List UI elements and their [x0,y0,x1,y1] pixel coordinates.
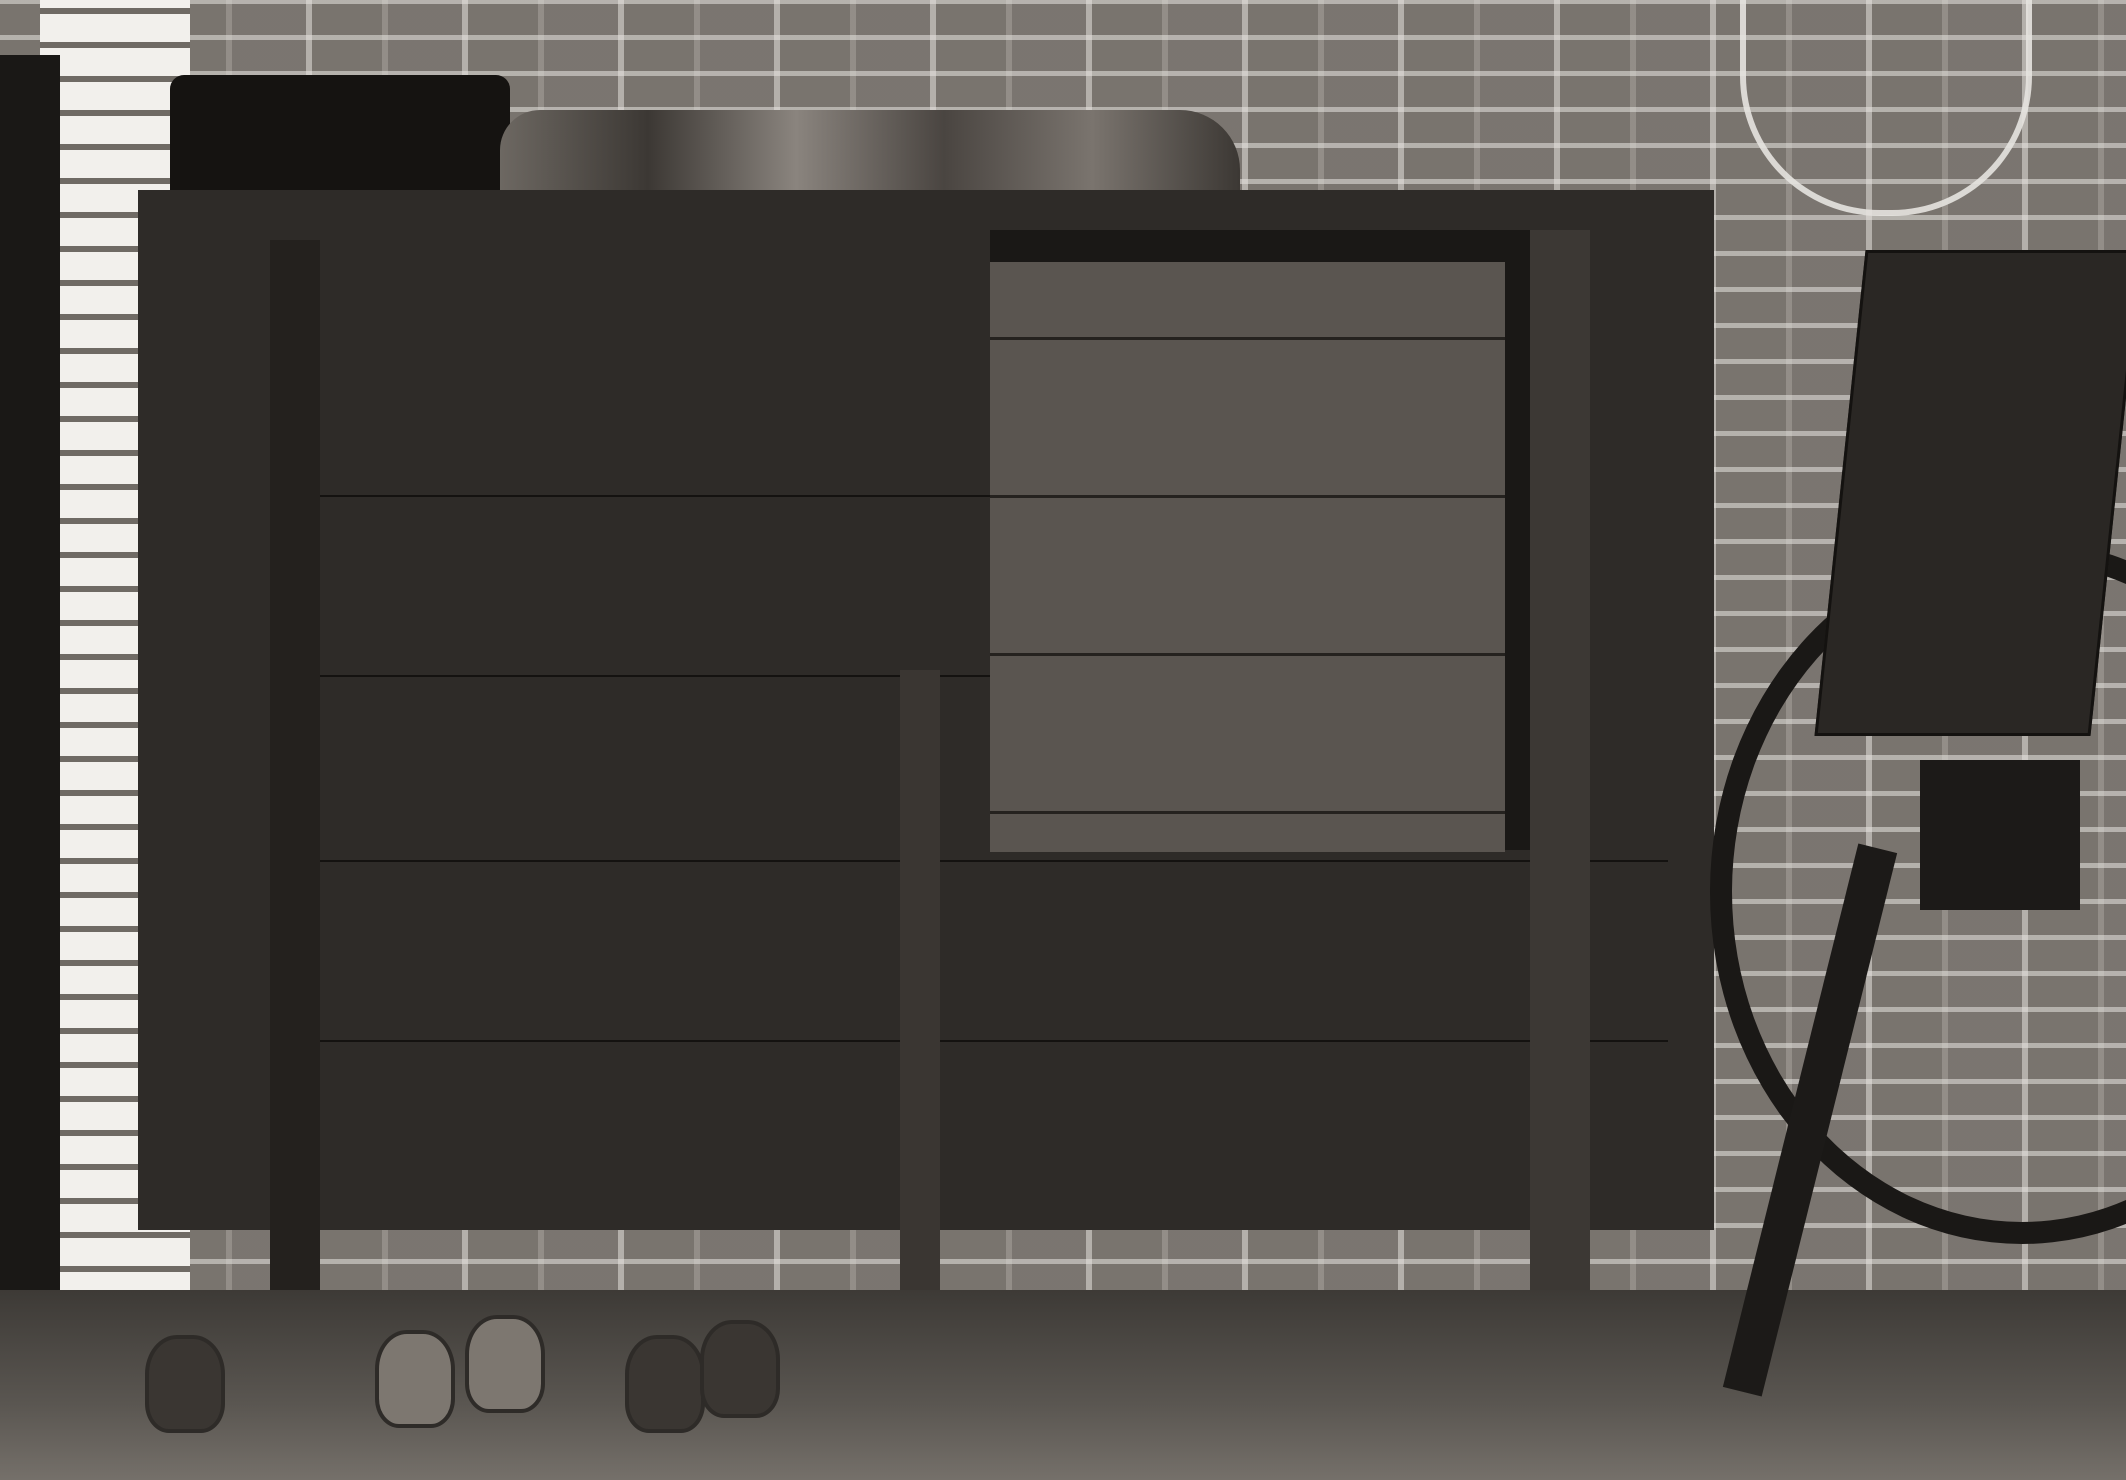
open-panel-inner-boards [990,262,1505,852]
clog [375,1330,455,1428]
floor [0,1290,2126,1480]
chaff-cutter-hopper [1814,250,2126,736]
clog [625,1335,705,1433]
cupboard-post [900,670,940,1320]
machine-gearbox [1920,760,2080,910]
clog [465,1315,545,1413]
photograph [0,0,2126,1480]
dark-doorway [0,55,60,1315]
clog [145,1335,225,1433]
boots [170,75,510,205]
clog [700,1320,780,1418]
plank-seam [318,1040,1668,1042]
cupboard-post [1530,230,1590,1420]
plank-seam [318,860,1668,862]
cupboard-post [270,240,320,1420]
